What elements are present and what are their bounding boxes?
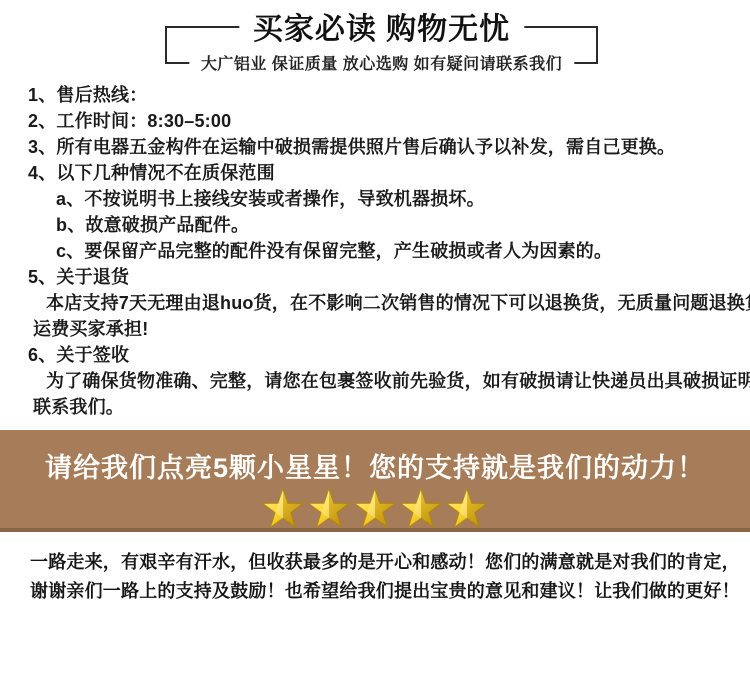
notice-line: 6、关于签收 bbox=[0, 342, 750, 368]
thank-you-text: 一路走来，有艰辛有汗水，但收获最多的是开心和感动！您们的满意就是对我们的肯定，谢… bbox=[0, 548, 750, 606]
notice-line: b、故意破损产品配件。 bbox=[0, 212, 750, 238]
notice-line: 为了确保货物准确、完整，请您在包裹签收前先验货，如有破损请让快递员出具破损证明并 bbox=[0, 368, 750, 394]
thank-you-line: 一路走来，有艰辛有汗水，但收获最多的是开心和感动！您们的满意就是对我们的肯定， bbox=[0, 548, 750, 577]
notice-line: 2、工作时间：8:30–5:00 bbox=[0, 108, 750, 134]
notice-line: 1、售后热线： bbox=[0, 82, 750, 108]
star-icon bbox=[443, 487, 491, 533]
star-icon bbox=[351, 487, 399, 533]
header-box: 买家必读 购物无忧 大广铝业 保证质量 放心选购 如有疑问请联系我们 bbox=[165, 26, 598, 64]
buyer-notice-page: 买家必读 购物无忧 大广铝业 保证质量 放心选购 如有疑问请联系我们 1、售后热… bbox=[0, 0, 750, 673]
page-subtitle: 大广铝业 保证质量 放心选购 如有疑问请联系我们 bbox=[189, 51, 574, 74]
notice-line: 本店支持7天无理由退huo货，在不影响二次销售的情况下可以退换货，无质量问题退换… bbox=[0, 290, 750, 316]
notice-list: 1、售后热线：2、工作时间：8:30–5:003、所有电器五金构件在运输中破损需… bbox=[0, 82, 750, 420]
notice-line: 联系我们。 bbox=[0, 394, 750, 420]
notice-line: 4、以下几种情况不在质保范围 bbox=[0, 160, 750, 186]
star-icon bbox=[305, 487, 353, 533]
rating-banner: 请给我们点亮5颗小星星！您的支持就是我们的动力！ bbox=[0, 430, 750, 532]
star-icon bbox=[397, 487, 445, 533]
notice-line: 运费买家承担! bbox=[0, 316, 750, 342]
thank-you-line: 谢谢亲们一路上的支持及鼓励！也希望给我们提出宝贵的意见和建议！让我们做的更好！ bbox=[0, 577, 750, 606]
rating-banner-headline: 请给我们点亮5颗小星星！您的支持就是我们的动力！ bbox=[0, 430, 750, 485]
star-icon bbox=[259, 487, 307, 533]
notice-line: a、不按说明书上接线安装或者操作，导致机器损坏。 bbox=[0, 186, 750, 212]
notice-line: 5、关于退货 bbox=[0, 264, 750, 290]
notice-line: c、要保留产品完整的配件没有保留完整，产生破损或者人为因素的。 bbox=[0, 238, 750, 264]
page-title: 买家必读 购物无忧 bbox=[239, 4, 524, 48]
star-row bbox=[0, 486, 750, 534]
notice-line: 3、所有电器五金构件在运输中破损需提供照片售后确认予以补发，需自己更换。 bbox=[0, 134, 750, 160]
